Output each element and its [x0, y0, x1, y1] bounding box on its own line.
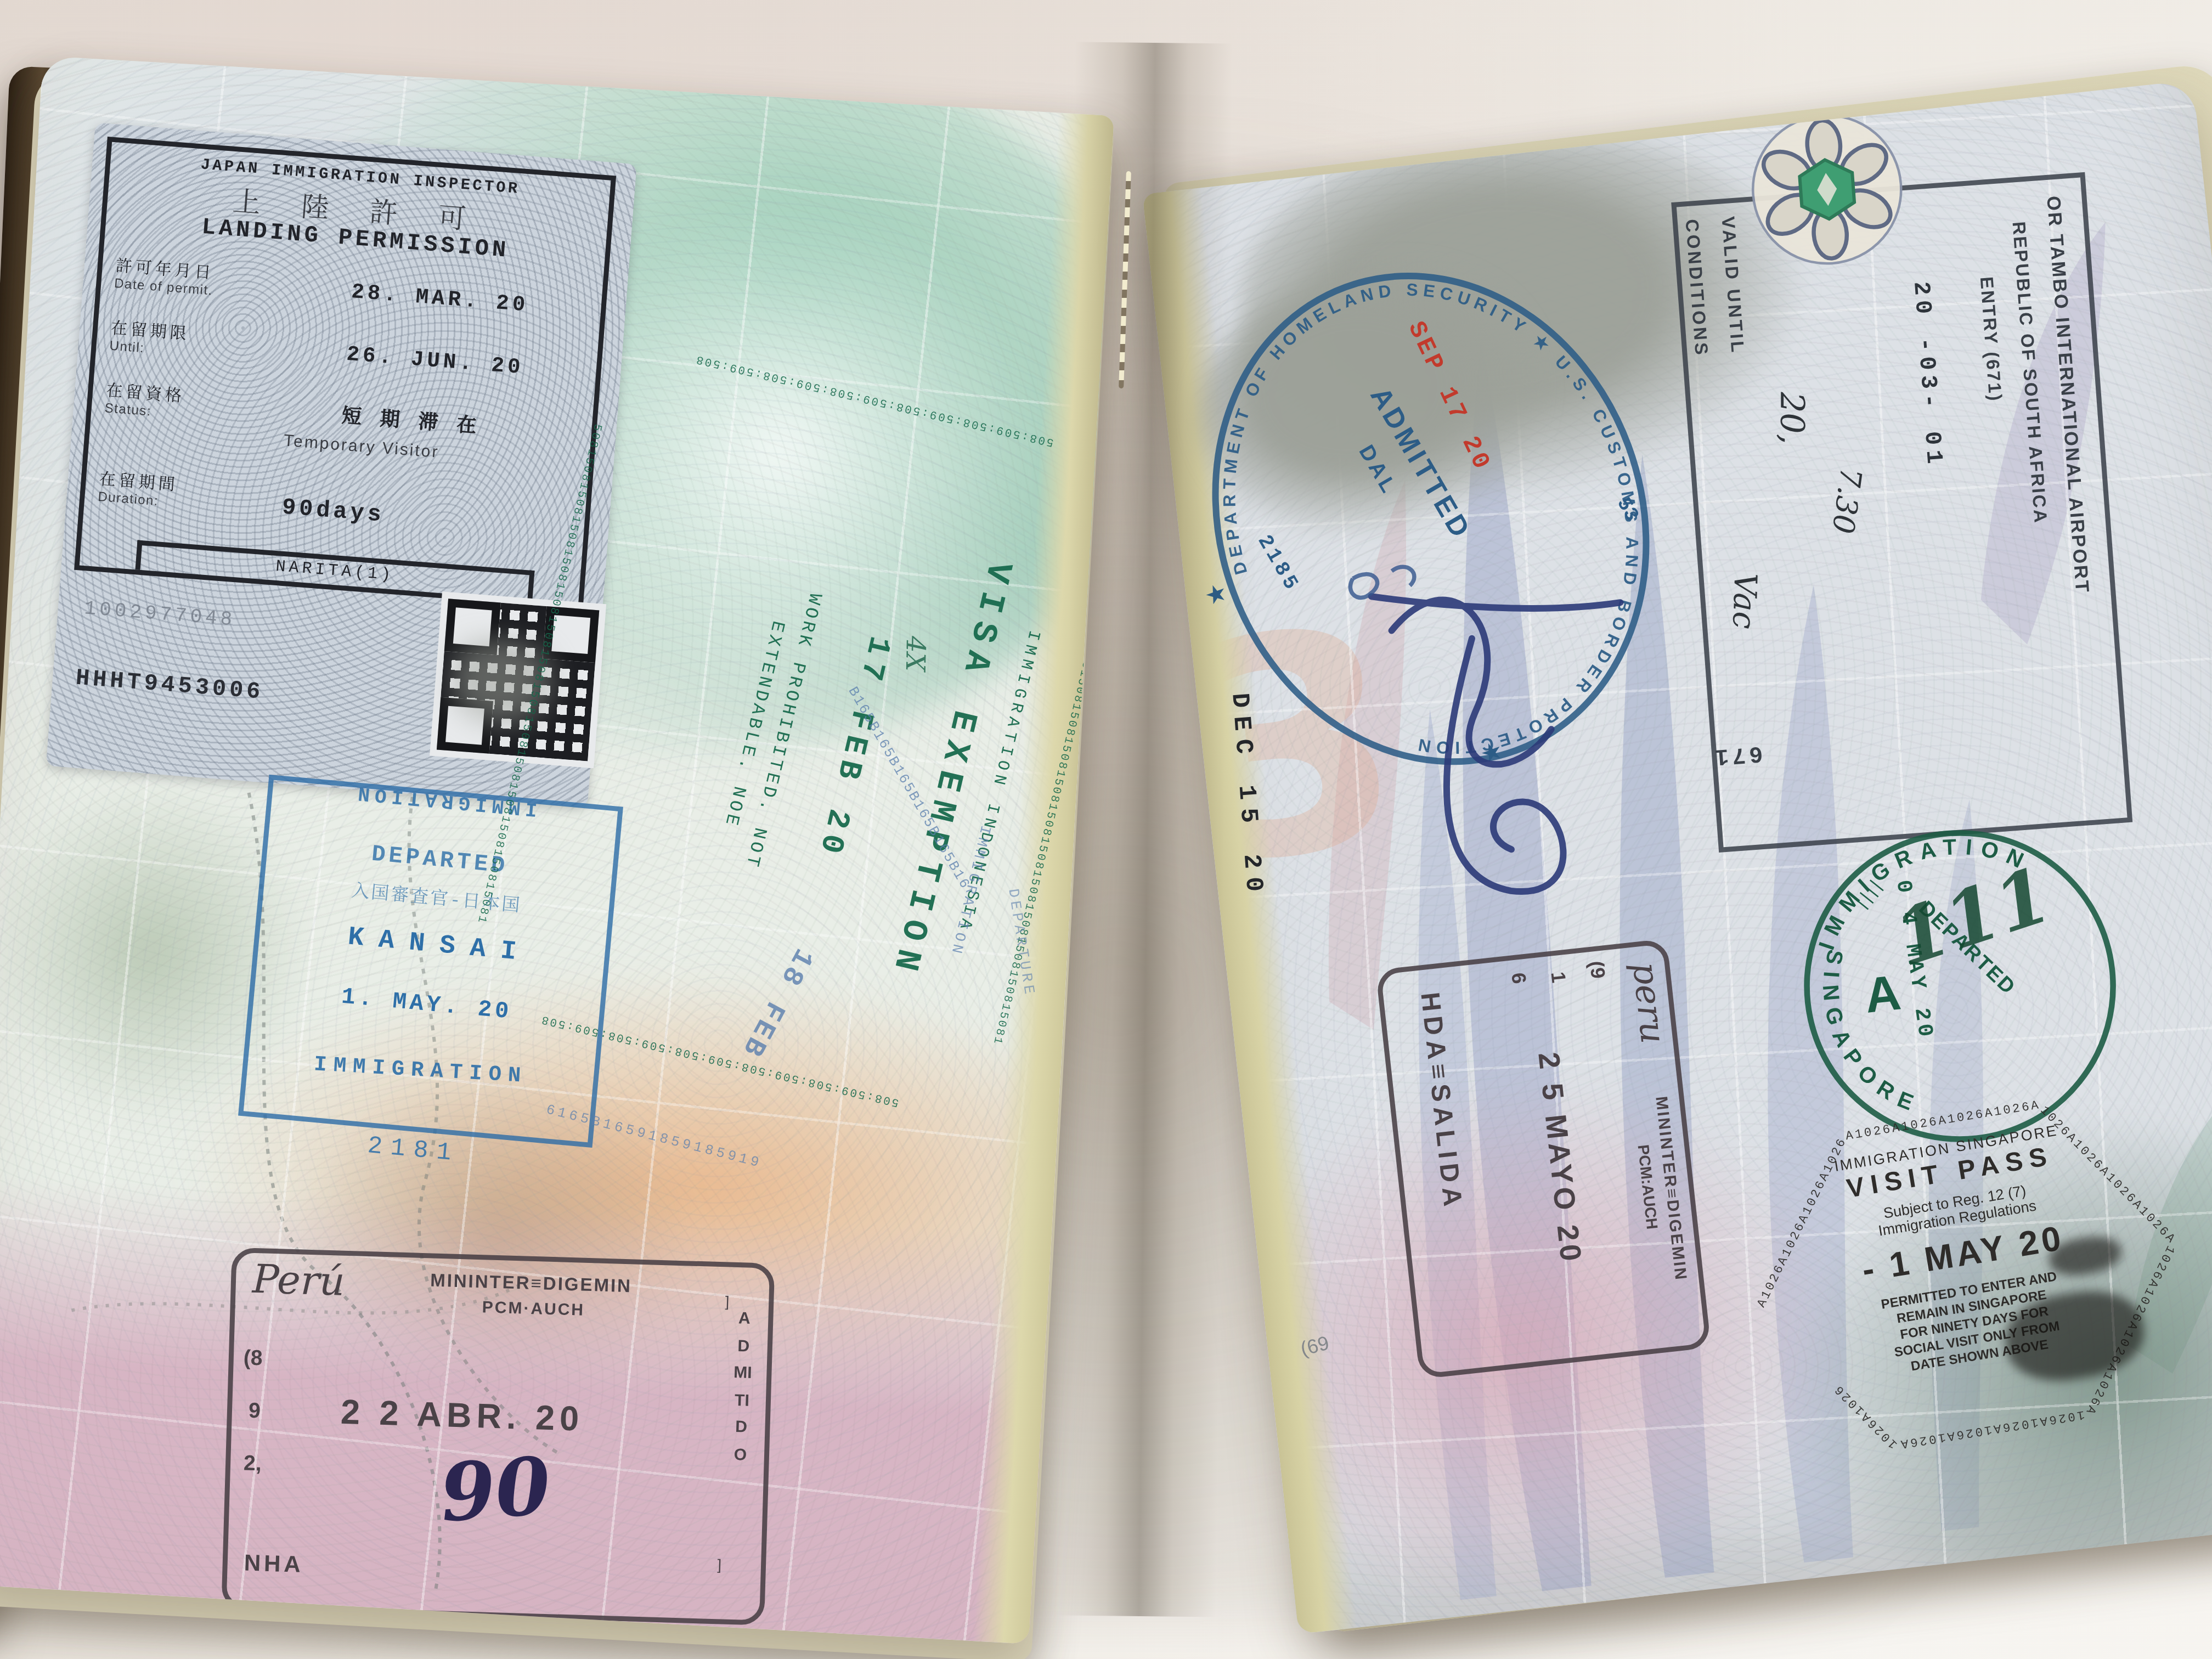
dhs-number: 2185 — [1252, 531, 1304, 597]
indo-officer-mark: 4X — [900, 636, 932, 672]
until-value: 26. JUN. 20 — [346, 342, 524, 380]
peru-exit-office: PCM:AUCH — [1633, 1144, 1661, 1231]
sa-entry: ENTRY (671) — [1976, 276, 2005, 403]
peru-admitted-vertical: ADMITIDO — [729, 1307, 755, 1470]
peru-exit-date: 2 5 MAYO 20 — [1530, 1051, 1588, 1266]
peru-handwritten-days: 90 — [437, 1441, 554, 1541]
south-africa-entry-stamp: OR TAMBO INTERNATIONAL AIRPORT REPUBLIC … — [1671, 172, 2132, 853]
peru-exit-stamp: peru MININTER≡DIGEMIN PCM:AUCH (9 1 6 2 … — [1375, 939, 1711, 1379]
peru-agency: MININTER≡DIGEMIN — [430, 1271, 633, 1297]
passport-page-right: 3 DEPARTMENT OF HOMELAND SECURITY ★ U.S.… — [1142, 80, 2212, 1634]
indo-dep-office-2: DEPARTURE — [1004, 888, 1037, 998]
protea-logo-icon — [1742, 105, 1911, 274]
peru-digit-2: 9 — [248, 1398, 261, 1423]
sa-airport: OR TAMBO INTERNATIONAL AIRPORT — [2042, 195, 2091, 595]
indonesia-departure-stamp: 18 FEB IMMIGRATION DEPARTURE B165B165B16… — [637, 799, 1088, 1234]
duration-value: 90days — [281, 495, 385, 529]
table-surface: JAPAN IMMIGRATION INSPECTOR 上 陸 許 可 LAND… — [0, 0, 2212, 1659]
peru-entry-stamp: Perú MININTER≡DIGEMIN PCM·AUCH (8 9 2, 2… — [221, 1248, 775, 1626]
peru-exit-text: HDA≡SALIDA — [1413, 991, 1466, 1212]
passport-photo: JAPAN IMMIGRATION INSPECTOR 上 陸 許 可 LAND… — [0, 0, 2212, 1659]
kansai-bottom-text: IMMIGRATION — [247, 1048, 594, 1092]
sa-valid-until-handwritten: 20, — [1773, 392, 1812, 444]
peru-exit-digit-2: 1 — [1547, 970, 1571, 984]
peru-country: Perú — [252, 1256, 346, 1305]
permit-date-value: 28. MAR. 20 — [351, 279, 529, 318]
japan-port: NARITA(1) — [135, 540, 534, 600]
peru-exit-agency: MININTER≡DIGEMIN — [1651, 1096, 1689, 1282]
sa-valid-until-handwritten-2: 7.30 — [1824, 466, 1867, 536]
sa-valid-until-label: VALID UNTIL — [1717, 216, 1746, 355]
peru-office: PCM·AUCH — [482, 1299, 585, 1321]
peru-bracket-top: ] — [725, 1293, 729, 1310]
peru-digit-1: (8 — [243, 1345, 263, 1370]
peru-exit-country: peru — [1625, 960, 1673, 1045]
officer-signature-icon — [1335, 535, 1705, 963]
sticker-serial-faint: 1002977048 — [83, 597, 236, 631]
status-value-en: Temporary Visitor — [283, 432, 440, 462]
sa-country: REPUBLIC OF SOUTH AFRICA — [2008, 221, 2050, 525]
indo-dep-office-1: IMMIGRATION — [946, 823, 993, 958]
peru-bottom-code: NHA — [244, 1549, 304, 1577]
peru-exit-digit-3: 6 — [1506, 972, 1531, 985]
peru-exit-digit-1: (9 — [1585, 960, 1610, 980]
sa-number: 671 — [1711, 739, 1764, 769]
sg-terminal: A — [1862, 967, 1904, 1026]
sa-date: 20 -03- 01 — [1906, 281, 1946, 470]
peru-date: 2 2 ABR. 20 — [340, 1394, 584, 1441]
status-value-jp: 短 期 滞 在 — [341, 400, 484, 439]
peru-digit-3: 2, — [244, 1451, 262, 1476]
sticker-serial-bold: HHHT9453006 — [75, 666, 264, 707]
peru-bracket-bottom: ] — [717, 1556, 721, 1573]
japan-sticker-frame: JAPAN IMMIGRATION INSPECTOR 上 陸 許 可 LAND… — [74, 137, 616, 609]
singapore-visit-pass-stamp: A1026A1026A1026A1026A1026A1026A1026A1026… — [1719, 1066, 2212, 1485]
indo-dep-date: 18 FEB — [733, 942, 818, 1063]
passport-page-left: JAPAN IMMIGRATION INSPECTOR 上 陸 許 可 LAND… — [0, 56, 1114, 1644]
sa-conditions-label: CONDITIONS — [1681, 218, 1711, 358]
sa-conditions-handwritten: Vac — [1725, 573, 1763, 630]
